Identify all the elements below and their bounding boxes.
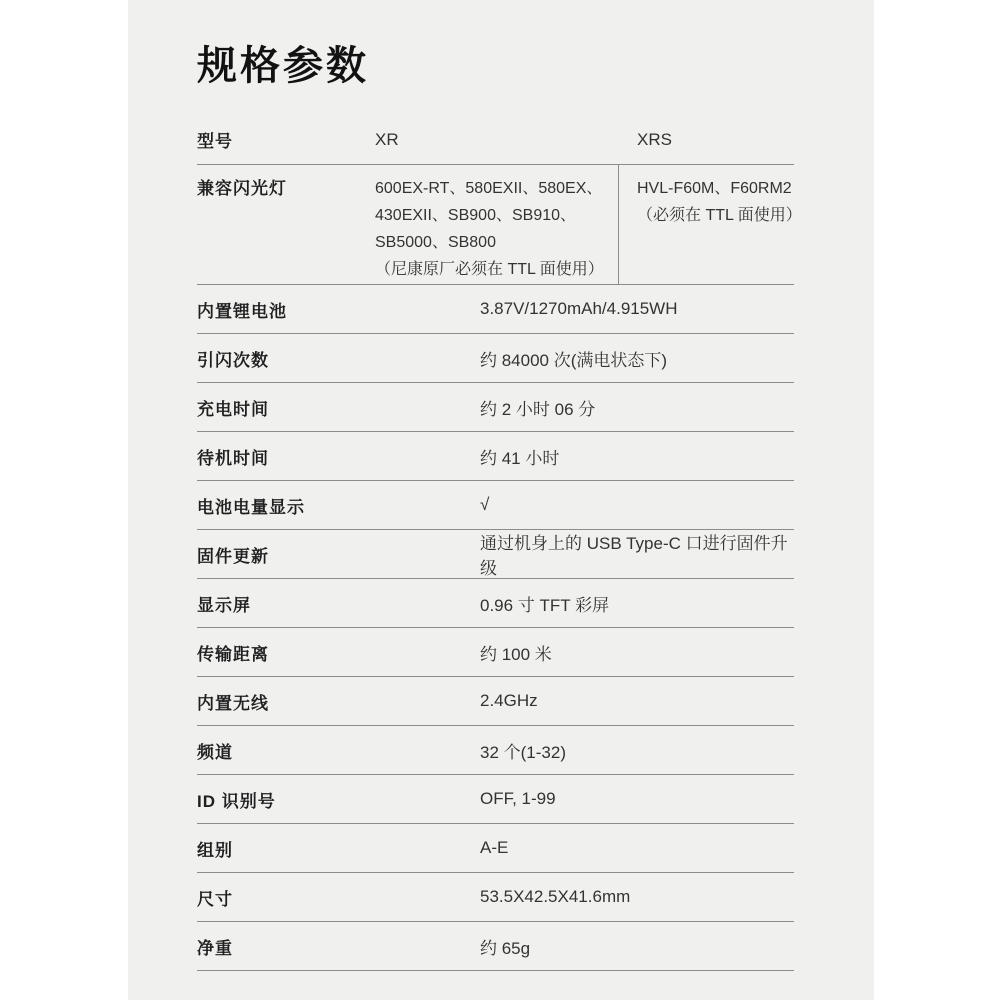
row-value: √ — [480, 495, 794, 515]
row-label: 电池电量显示 — [197, 493, 480, 518]
spec-table: 型号 XR XRS 兼容闪光灯 600EX-RT、580EXII、580EX、 … — [197, 115, 794, 971]
table-row: 充电时间 约 2 小时 06 分 — [197, 383, 794, 432]
row-value: OFF, 1-99 — [480, 789, 794, 809]
row-value: 0.96 寸 TFT 彩屏 — [480, 591, 794, 616]
table-row: 频道 32 个(1-32) — [197, 726, 794, 775]
flash-xr-line: （尼康原厂必须在 TTL 面使用） — [375, 256, 618, 283]
table-row: 电池电量显示 √ — [197, 481, 794, 530]
row-value: 3.87V/1270mAh/4.915WH — [480, 299, 794, 319]
row-label: 尺寸 — [197, 885, 480, 910]
row-label: 内置无线 — [197, 689, 480, 714]
header-col-xrs: XRS — [637, 130, 794, 150]
spec-panel: 规格参数 型号 XR XRS 兼容闪光灯 600EX-RT、580EXII、58… — [128, 0, 874, 1000]
table-row: 显示屏 0.96 寸 TFT 彩屏 — [197, 579, 794, 628]
table-row: 尺寸 53.5X42.5X41.6mm — [197, 873, 794, 922]
flash-cell-xrs: HVL-F60M、F60RM2 （必须在 TTL 面使用） — [618, 165, 802, 284]
row-label: ID 识别号 — [197, 787, 480, 812]
row-label: 组别 — [197, 836, 480, 861]
flash-xrs-line: （必须在 TTL 面使用） — [637, 202, 802, 229]
row-value: 约 84000 次(满电状态下) — [480, 346, 794, 371]
row-label: 充电时间 — [197, 395, 480, 420]
row-label: 固件更新 — [197, 542, 480, 567]
header-label-model: 型号 — [197, 127, 375, 152]
page-title: 规格参数 — [197, 42, 794, 90]
flash-xrs-line: HVL-F60M、F60RM2 — [637, 175, 802, 202]
row-label: 内置锂电池 — [197, 297, 480, 322]
table-row: 引闪次数 约 84000 次(满电状态下) — [197, 334, 794, 383]
flash-xr-line: 430EXII、SB900、SB910、 — [375, 202, 618, 229]
table-row: 固件更新 通过机身上的 USB Type-C 口进行固件升级 — [197, 530, 794, 579]
flash-cell-xr: 600EX-RT、580EXII、580EX、 430EXII、SB900、SB… — [375, 165, 618, 284]
table-header-row: 型号 XR XRS — [197, 115, 794, 165]
table-row: 净重 约 65g — [197, 922, 794, 971]
table-row: 待机时间 约 41 小时 — [197, 432, 794, 481]
row-value: 约 41 小时 — [480, 444, 794, 469]
row-value: 约 100 米 — [480, 640, 794, 665]
table-row: 传输距离 约 100 米 — [197, 628, 794, 677]
row-value: 通过机身上的 USB Type-C 口进行固件升级 — [480, 529, 794, 579]
row-label: 频道 — [197, 738, 480, 763]
row-value: 约 2 小时 06 分 — [480, 395, 794, 420]
row-label: 显示屏 — [197, 591, 480, 616]
table-row: 组别 A-E — [197, 824, 794, 873]
row-value: A-E — [480, 838, 794, 858]
row-label: 待机时间 — [197, 444, 480, 469]
row-value: 约 65g — [480, 934, 794, 959]
row-value: 32 个(1-32) — [480, 738, 794, 763]
row-label: 传输距离 — [197, 640, 480, 665]
header-col-xr: XR — [375, 130, 637, 150]
table-row: 内置无线 2.4GHz — [197, 677, 794, 726]
row-label: 净重 — [197, 934, 480, 959]
flash-xr-line: 600EX-RT、580EXII、580EX、 — [375, 175, 618, 202]
table-row-compatible-flashes: 兼容闪光灯 600EX-RT、580EXII、580EX、 430EXII、SB… — [197, 165, 794, 285]
row-label: 引闪次数 — [197, 346, 480, 371]
table-row: ID 识别号 OFF, 1-99 — [197, 775, 794, 824]
flash-xr-line: SB5000、SB800 — [375, 229, 618, 256]
row-value: 2.4GHz — [480, 691, 794, 711]
table-row: 内置锂电池 3.87V/1270mAh/4.915WH — [197, 285, 794, 334]
row-value: 53.5X42.5X41.6mm — [480, 887, 794, 907]
row-label: 兼容闪光灯 — [197, 165, 375, 284]
spec-content: 规格参数 型号 XR XRS 兼容闪光灯 600EX-RT、580EXII、58… — [197, 0, 794, 971]
